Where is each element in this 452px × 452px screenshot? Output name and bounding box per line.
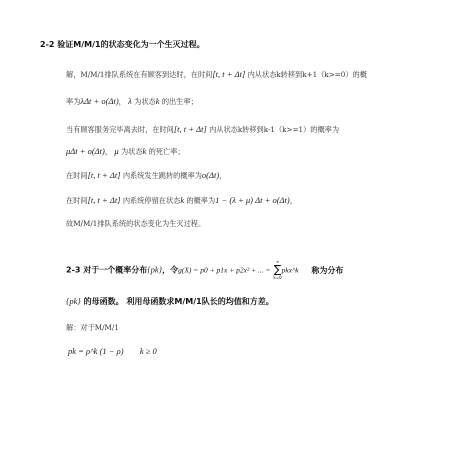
pk-distribution-formula: pk = ρ^k (1 − ρ) (68, 346, 124, 356)
summation-symbol: ∞ ∑ k=0 (273, 259, 281, 281)
k-condition: k ≥ 0 (140, 346, 157, 356)
solution-2-2-line-6: 在时间[t, t + Δt] 内系统停留在状态k 的概率为1 − (λ + μ)… (66, 195, 297, 206)
text: 内系统发生跳转的概率为 (123, 171, 202, 180)
solution-2-2-line-3: 当有顾客服务完毕离去时，在时间[t, t + Δt] 内从状态k转移到k-1（k… (66, 124, 339, 135)
death-probability-formula: μΔt + o(Δt) (66, 146, 105, 156)
text: 为状态 (121, 147, 143, 156)
text: ， (290, 196, 297, 205)
text: ， (119, 97, 126, 106)
sum-lower-limit: k=0 (273, 275, 281, 281)
text: 当有顾客服务完毕离去时，在时间 (66, 125, 174, 134)
solution-2-2-line-5: 在时间[t, t + Δt] 内系统发生跳转的概率为o(Δt)， (66, 170, 226, 181)
solution-2-2-line-2: 率为λΔt + o(Δt)， λ 为状态k 的出生率； (66, 96, 198, 107)
section-2-3-heading: 2-3 对于一个概率分布{pk}，令g(X) = p0 + p1x + p2x²… (66, 259, 343, 281)
text: 的概率为 (186, 196, 215, 205)
time-interval-formula: [t, t + Δt] (174, 124, 207, 134)
text: 在时间 (66, 196, 88, 205)
distribution-pk-formula: {pk} (147, 265, 162, 275)
text: 内从状态k转移到k+1（k>=0）的概 (248, 70, 367, 79)
text: 解，M/M/1排队系统在有顾客到达时，在时间 (66, 70, 212, 79)
text: 的出生率； (162, 97, 198, 106)
sigma-icon: ∑ (273, 265, 281, 275)
state-k-symbol: k (180, 195, 184, 205)
summation-term: pkx^k (282, 266, 299, 275)
text: 的死亡率； (149, 147, 185, 156)
solution-2-2-conclusion: 故M/M/1排队系统的状态变化为生灭过程。 (66, 219, 205, 229)
text: 2-3 对于一个概率分布 (66, 266, 147, 275)
text: 的母函数。 利用母函数求M/M/1队长的均值和方差。 (84, 297, 274, 306)
solution-2-3-formula-line: pk = ρ^k (1 − ρ) k ≥ 0 (68, 346, 157, 357)
mu-symbol: μ (114, 146, 118, 156)
birth-probability-formula: λΔt + o(Δt) (80, 96, 118, 106)
text: 称为分布 (311, 266, 343, 275)
text: 内从状态k转移到k-1（k>=1）的概率为 (209, 125, 339, 134)
text: 率为 (66, 97, 80, 106)
solution-2-2-line-1: 解，M/M/1排队系统在有顾客到达时，在时间[t, t + Δt] 内从状态k转… (66, 69, 367, 80)
time-interval-formula: [t, t + Δt] (88, 170, 121, 180)
state-k-symbol: k (143, 146, 147, 156)
text: 内系统停留在状态 (123, 196, 181, 205)
generating-function-formula: g(X) = p0 + p1x + p2x² + ... = (178, 266, 271, 275)
distribution-pk-formula: {pk} (66, 296, 81, 306)
state-k-symbol: k (156, 96, 160, 106)
stay-probability-formula: 1 − (λ + μ) Δt + o(Δt) (215, 195, 290, 205)
time-interval-formula: [t, t + Δt] (88, 195, 121, 205)
text: ， (219, 171, 226, 180)
time-interval-formula: [t, t + Δt] (212, 69, 245, 79)
solution-2-3-intro: 解：对于M/M/1 (66, 323, 119, 333)
section-2-2-heading: 2-2 验证M/M/1的状态变化为一个生灭过程。 (40, 40, 205, 50)
jump-probability-formula: o(Δt) (202, 170, 219, 180)
text: 在时间 (66, 171, 88, 180)
lambda-symbol: λ (128, 96, 132, 106)
text: ，令 (162, 266, 178, 275)
solution-2-2-line-4: μΔt + o(Δt)， μ 为状态k 的死亡率； (66, 146, 185, 157)
text: ， (105, 147, 112, 156)
text: 为状态 (134, 97, 156, 106)
section-2-3-heading-line-2: {pk} 的母函数。 利用母函数求M/M/1队长的均值和方差。 (66, 296, 274, 307)
